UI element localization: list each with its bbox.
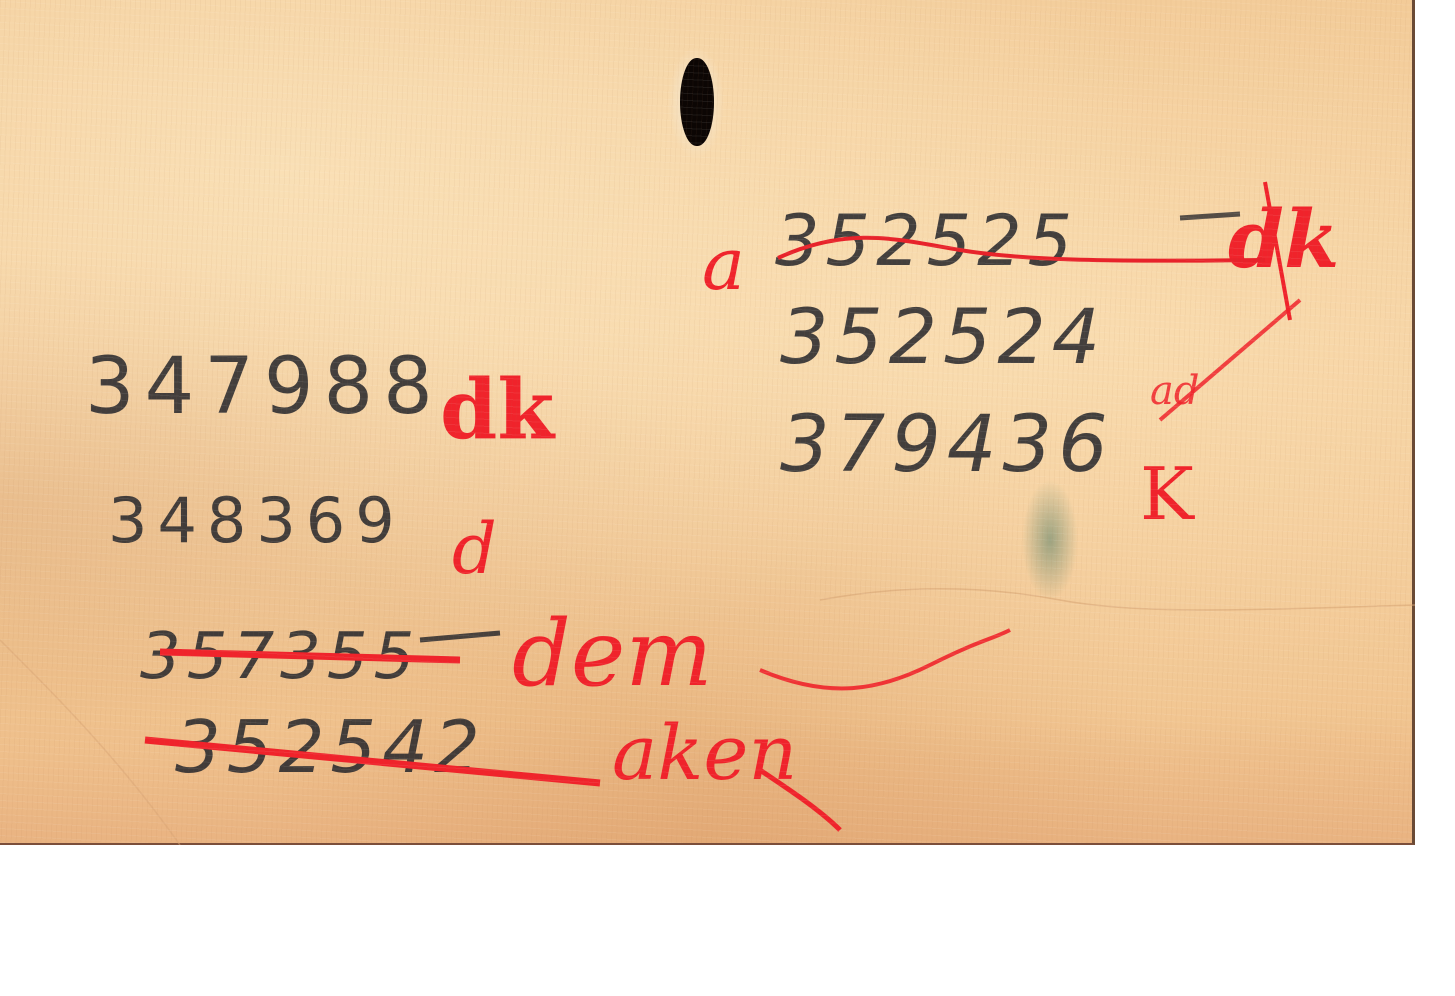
- card-number-352542: 352542: [175, 705, 486, 789]
- annotation-d: d: [452, 508, 497, 590]
- annotation-dk-left: dk: [440, 362, 554, 458]
- card-number-347988: 347988: [85, 342, 443, 432]
- annotation-ad: ad: [1150, 368, 1199, 414]
- card-number-352525: 352525: [775, 200, 1078, 282]
- card-number-348369: 348369: [108, 484, 405, 557]
- card-number-379436: 379436: [780, 400, 1114, 490]
- annotation-dem: dem: [512, 600, 713, 707]
- annotation-aken: aken: [612, 708, 797, 797]
- card-number-352524: 352524: [780, 292, 1106, 381]
- annotation-k: K: [1140, 452, 1194, 536]
- annotation-dk-right: dk: [1228, 192, 1339, 286]
- index-card: a 352525 dk 352524 ad 379436 K 347988 dk…: [0, 0, 1415, 845]
- punch-hole: [668, 48, 724, 158]
- prefix-a: a: [702, 222, 745, 306]
- card-number-357355: 357355: [140, 620, 420, 694]
